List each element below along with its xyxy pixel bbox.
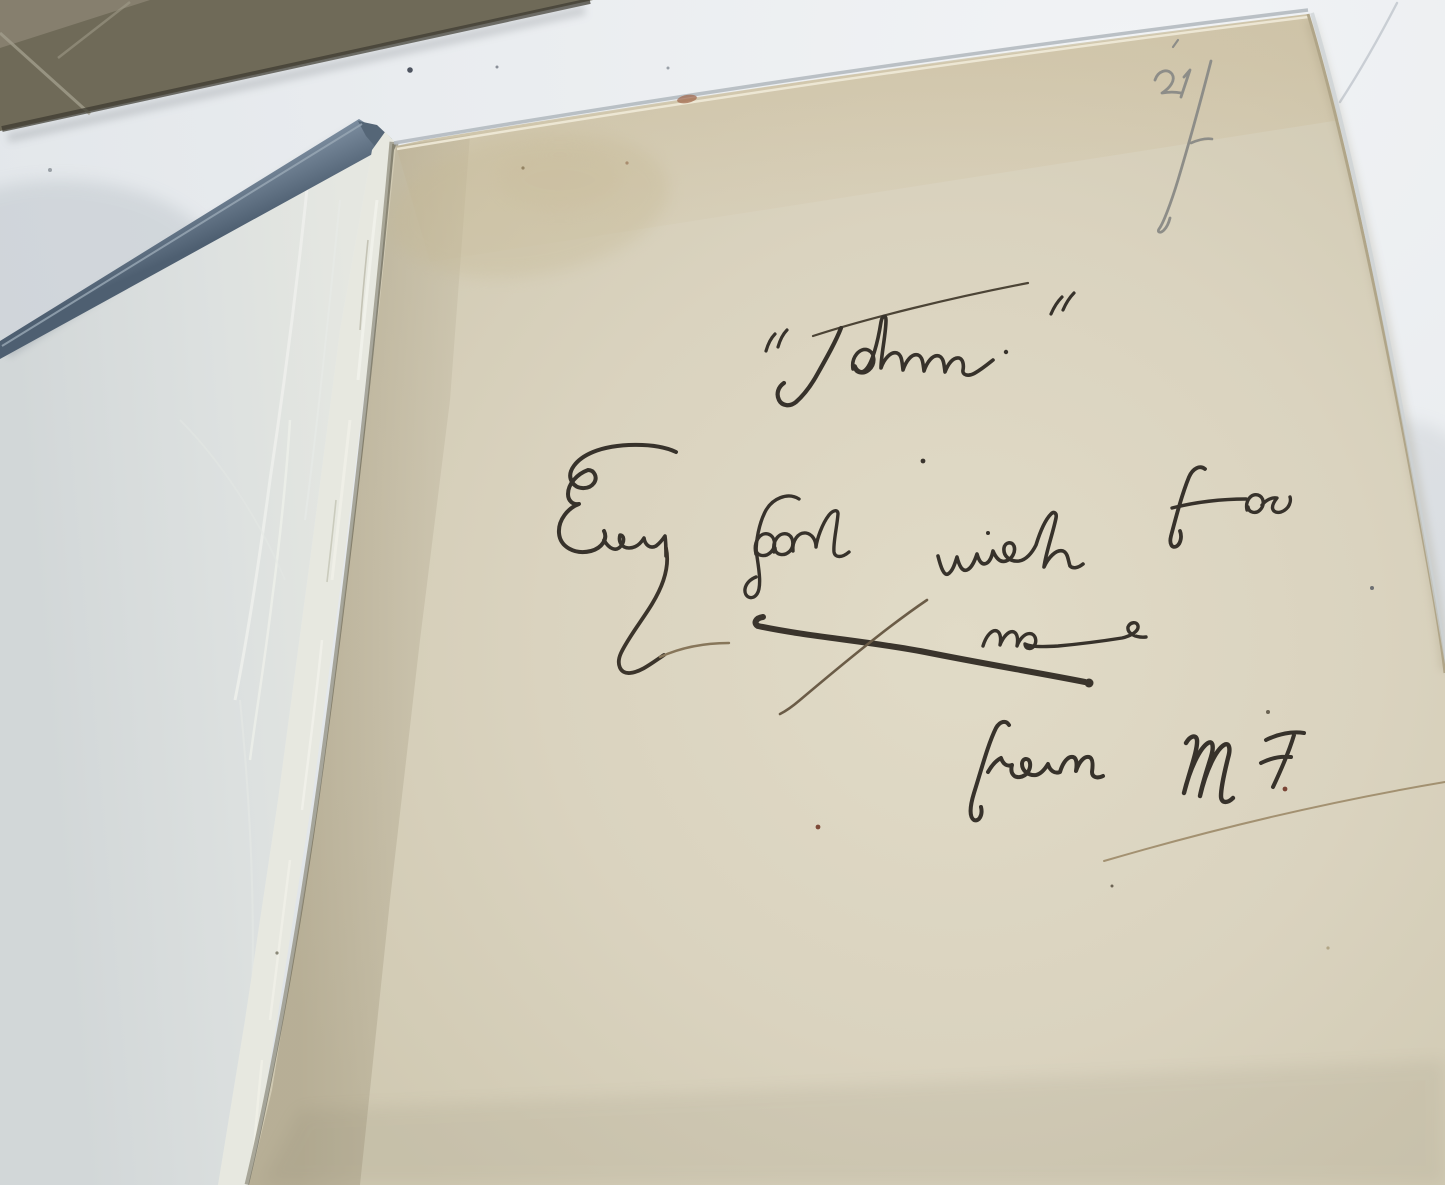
period [1004, 350, 1008, 354]
page-speck [1111, 885, 1114, 888]
foxing-dot [625, 161, 628, 164]
stray-dot [1266, 710, 1270, 714]
period [1283, 787, 1288, 792]
table-speck [407, 67, 413, 73]
inscription-page [249, 10, 1445, 1185]
foxing-dot [816, 825, 821, 830]
hinge-speck [275, 951, 278, 954]
table-speck [667, 67, 670, 70]
table-speck [48, 168, 52, 172]
book-photo: “Johnny.” Every good wish for Xmas from … [0, 0, 1445, 1185]
foxing-dot [1326, 946, 1329, 949]
table-speck [496, 66, 499, 69]
i-dot [986, 531, 990, 535]
page-speck [1370, 586, 1374, 590]
ink-speck [921, 459, 926, 464]
photo-canvas [0, 0, 1445, 1185]
foxing-patch [500, 150, 620, 210]
x-sweep-blob [1085, 679, 1094, 688]
